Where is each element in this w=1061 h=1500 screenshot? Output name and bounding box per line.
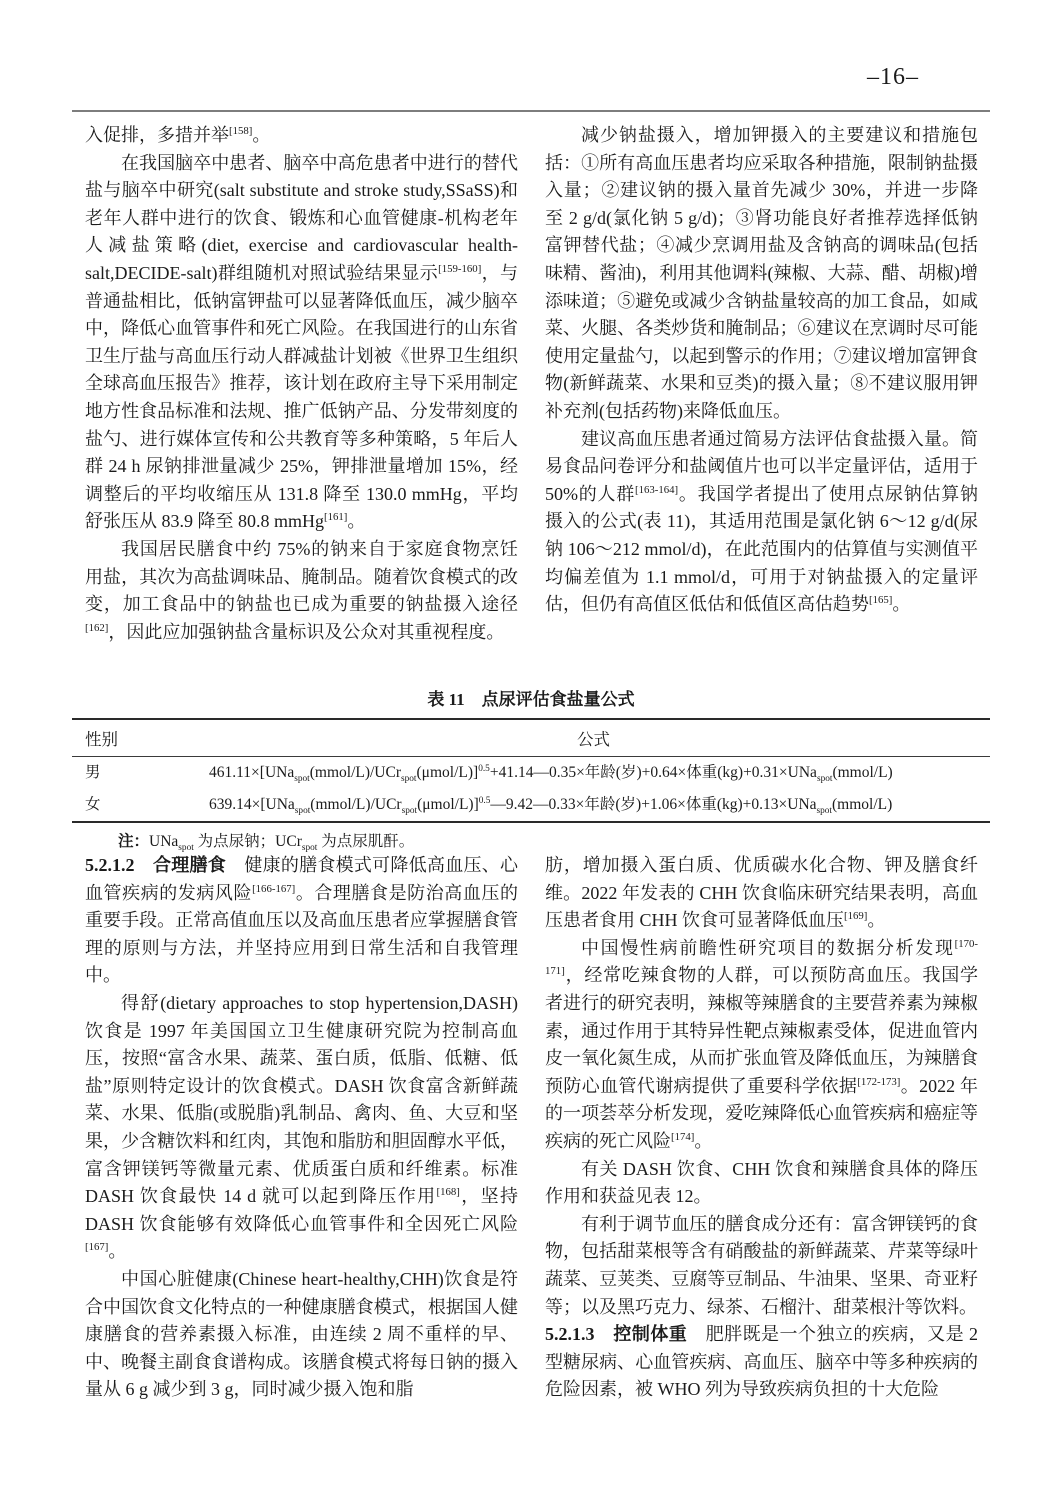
- lower-right-column: 肪，增加摄入蛋白质、优质碳水化合物、钾及膳食纤维。2022 年发表的 CHH 饮…: [545, 852, 978, 1404]
- lower-left-column: 5.2.1.2 合理膳食 健康的膳食模式可降低高血压、心血管疾病的发病风险[16…: [85, 852, 518, 1404]
- upper-right-column: 减少钠盐摄入，增加钾摄入的主要建议和措施包括：①所有高血压患者均应采取各种措施，…: [545, 122, 978, 646]
- document-page: –16– 入促排，多措并举[158]。在我国脑卒中患者、脑卒中高危患者中进行的替…: [0, 0, 1061, 1500]
- table-11-block: 表 11 点尿评估食盐量公式 性别 公式 男461.11×[UNaspot(mm…: [72, 690, 990, 853]
- table-11-body: 男461.11×[UNaspot(mmol/L)/UCrspot(μmol/L)…: [72, 757, 990, 823]
- upper-text-block: 入促排，多措并举[158]。在我国脑卒中患者、脑卒中高危患者中进行的替代盐与脑卒…: [85, 122, 978, 646]
- page-number: –16–: [800, 64, 986, 91]
- lower-text-block: 5.2.1.2 合理膳食 健康的膳食模式可降低高血压、心血管疾病的发病风险[16…: [85, 852, 978, 1404]
- table-11-title: 表 11 点尿评估食盐量公式: [72, 690, 990, 710]
- formula-cell: 461.11×[UNaspot(mmol/L)/UCrspot(μmol/L)]…: [197, 757, 990, 790]
- upper-left-column: 入促排，多措并举[158]。在我国脑卒中患者、脑卒中高危患者中进行的替代盐与脑卒…: [85, 122, 518, 646]
- table-header-sex: 性别: [72, 719, 197, 757]
- paragraph: 建议高血压患者通过简易方法评估食盐摄入量。简易食品问卷评分和盐阈值片也可以半定量…: [545, 426, 978, 619]
- header-rule: [72, 110, 990, 112]
- paragraph: 得舒(dietary approaches to stop hypertensi…: [85, 990, 518, 1266]
- paragraph: 有利于调节血压的膳食成分还有：富含钾镁钙的食物，包括甜菜根等含有硝酸盐的新鲜蔬菜…: [545, 1211, 978, 1321]
- paragraph: 在我国脑卒中患者、脑卒中高危患者中进行的替代盐与脑卒中研究(salt subst…: [85, 150, 518, 536]
- paragraph: 减少钠盐摄入，增加钾摄入的主要建议和措施包括：①所有高血压患者均应采取各种措施，…: [545, 122, 978, 426]
- table-row: 男461.11×[UNaspot(mmol/L)/UCrspot(μmol/L)…: [72, 757, 990, 790]
- table-header-formula: 公式: [197, 719, 990, 757]
- table-header-row: 性别 公式: [72, 719, 990, 757]
- paragraph: 中国心脏健康(Chinese heart-healthy,CHH)饮食是符合中国…: [85, 1266, 518, 1404]
- paragraph: 肪，增加摄入蛋白质、优质碳水化合物、钾及膳食纤维。2022 年发表的 CHH 饮…: [545, 852, 978, 935]
- table-11: 性别 公式 男461.11×[UNaspot(mmol/L)/UCrspot(μ…: [72, 718, 990, 823]
- paragraph: 有关 DASH 饮食、CHH 饮食和辣膳食具体的降压作用和获益见表 12。: [545, 1156, 978, 1211]
- paragraph: 我国居民膳食中约 75%的钠来自于家庭食物烹饪用盐，其次为高盐调味品、腌制品。随…: [85, 536, 518, 646]
- table-row: 女639.14×[UNaspot(mmol/L)/UCrspot(μmol/L)…: [72, 789, 990, 822]
- formula-cell: 639.14×[UNaspot(mmol/L)/UCrspot(μmol/L)]…: [197, 789, 990, 822]
- table-11-note: 注：UNaspot 为点尿钠；UCrspot 为点尿肌酐。: [72, 831, 990, 853]
- paragraph: 5.2.1.2 合理膳食 健康的膳食模式可降低高血压、心血管疾病的发病风险[16…: [85, 852, 518, 990]
- paragraph: 中国慢性病前瞻性研究项目的数据分析发现[170-171]，经常吃辣食物的人群，可…: [545, 935, 978, 1156]
- sex-cell: 男: [72, 757, 197, 790]
- paragraph: 5.2.1.3 控制体重 肥胖既是一个独立的疾病，又是 2 型糖尿病、心血管疾病…: [545, 1321, 978, 1404]
- sex-cell: 女: [72, 789, 197, 822]
- paragraph: 入促排，多措并举[158]。: [85, 122, 518, 150]
